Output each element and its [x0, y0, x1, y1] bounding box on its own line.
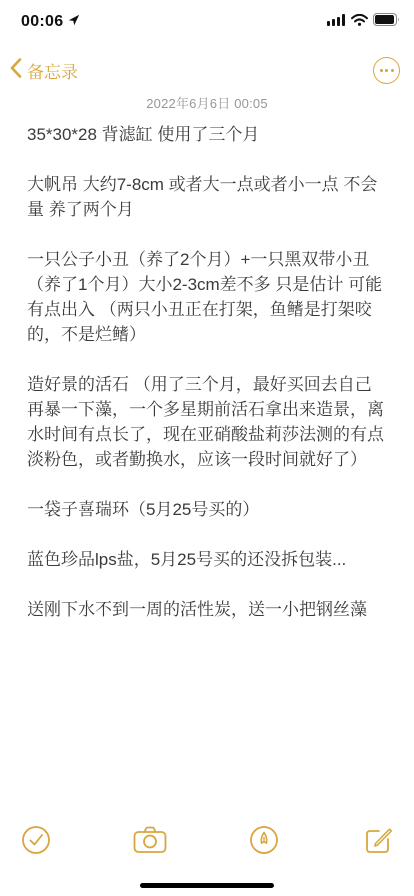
nav-bar: 备忘录: [0, 50, 414, 90]
camera-button[interactable]: [134, 824, 166, 856]
wifi-icon: [351, 13, 368, 31]
note-paragraph: 一只公子小丑（养了2个月）+一只黑双带小丑（养了1个月）大小2-3cm差不多 只…: [27, 247, 388, 347]
back-button[interactable]: 备忘录: [10, 58, 78, 83]
battery-icon: [373, 13, 400, 31]
markup-pen-icon: [249, 825, 279, 855]
compose-button[interactable]: [362, 824, 394, 856]
ellipsis-icon: [380, 69, 394, 72]
note-paragraph: 大帆吊 大约7-8cm 或者大一点或者小一点 不会量 养了两个月: [27, 172, 388, 222]
back-button-label: 备忘录: [27, 58, 78, 83]
checklist-icon: [21, 825, 51, 855]
note-content-area[interactable]: 35*30*28 背滤缸 使用了三个月 大帆吊 大约7-8cm 或者大一点或者小…: [0, 112, 414, 806]
note-date: 2022年6月6日 00:05: [0, 93, 414, 112]
home-indicator[interactable]: [140, 883, 274, 888]
markup-button[interactable]: [248, 824, 280, 856]
compose-icon: [363, 825, 393, 855]
cellular-signal-icon: [327, 13, 346, 31]
status-time: 00:06: [21, 13, 63, 31]
note-paragraph: 一袋子喜瑞环（5月25号买的）: [27, 497, 388, 522]
location-services-icon: [68, 13, 80, 31]
note-paragraph: 35*30*28 背滤缸 使用了三个月: [27, 122, 388, 147]
camera-icon: [133, 826, 167, 854]
chevron-left-icon: [10, 58, 22, 83]
more-options-button[interactable]: [373, 57, 400, 84]
note-paragraph: 送刚下水不到一周的活性炭，送一小把钢丝藻: [27, 597, 388, 622]
notes-app-screen: 00:06: [0, 0, 414, 896]
checklist-button[interactable]: [20, 824, 52, 856]
note-paragraph: 造好景的活石 （用了三个月，最好买回去自己再暴一下藻，一个多星期前活石拿出来造景…: [27, 372, 388, 472]
note-paragraph: 蓝色珍品lps盐，5月25号买的还没拆包装...: [27, 547, 388, 572]
status-bar: 00:06: [0, 0, 414, 44]
